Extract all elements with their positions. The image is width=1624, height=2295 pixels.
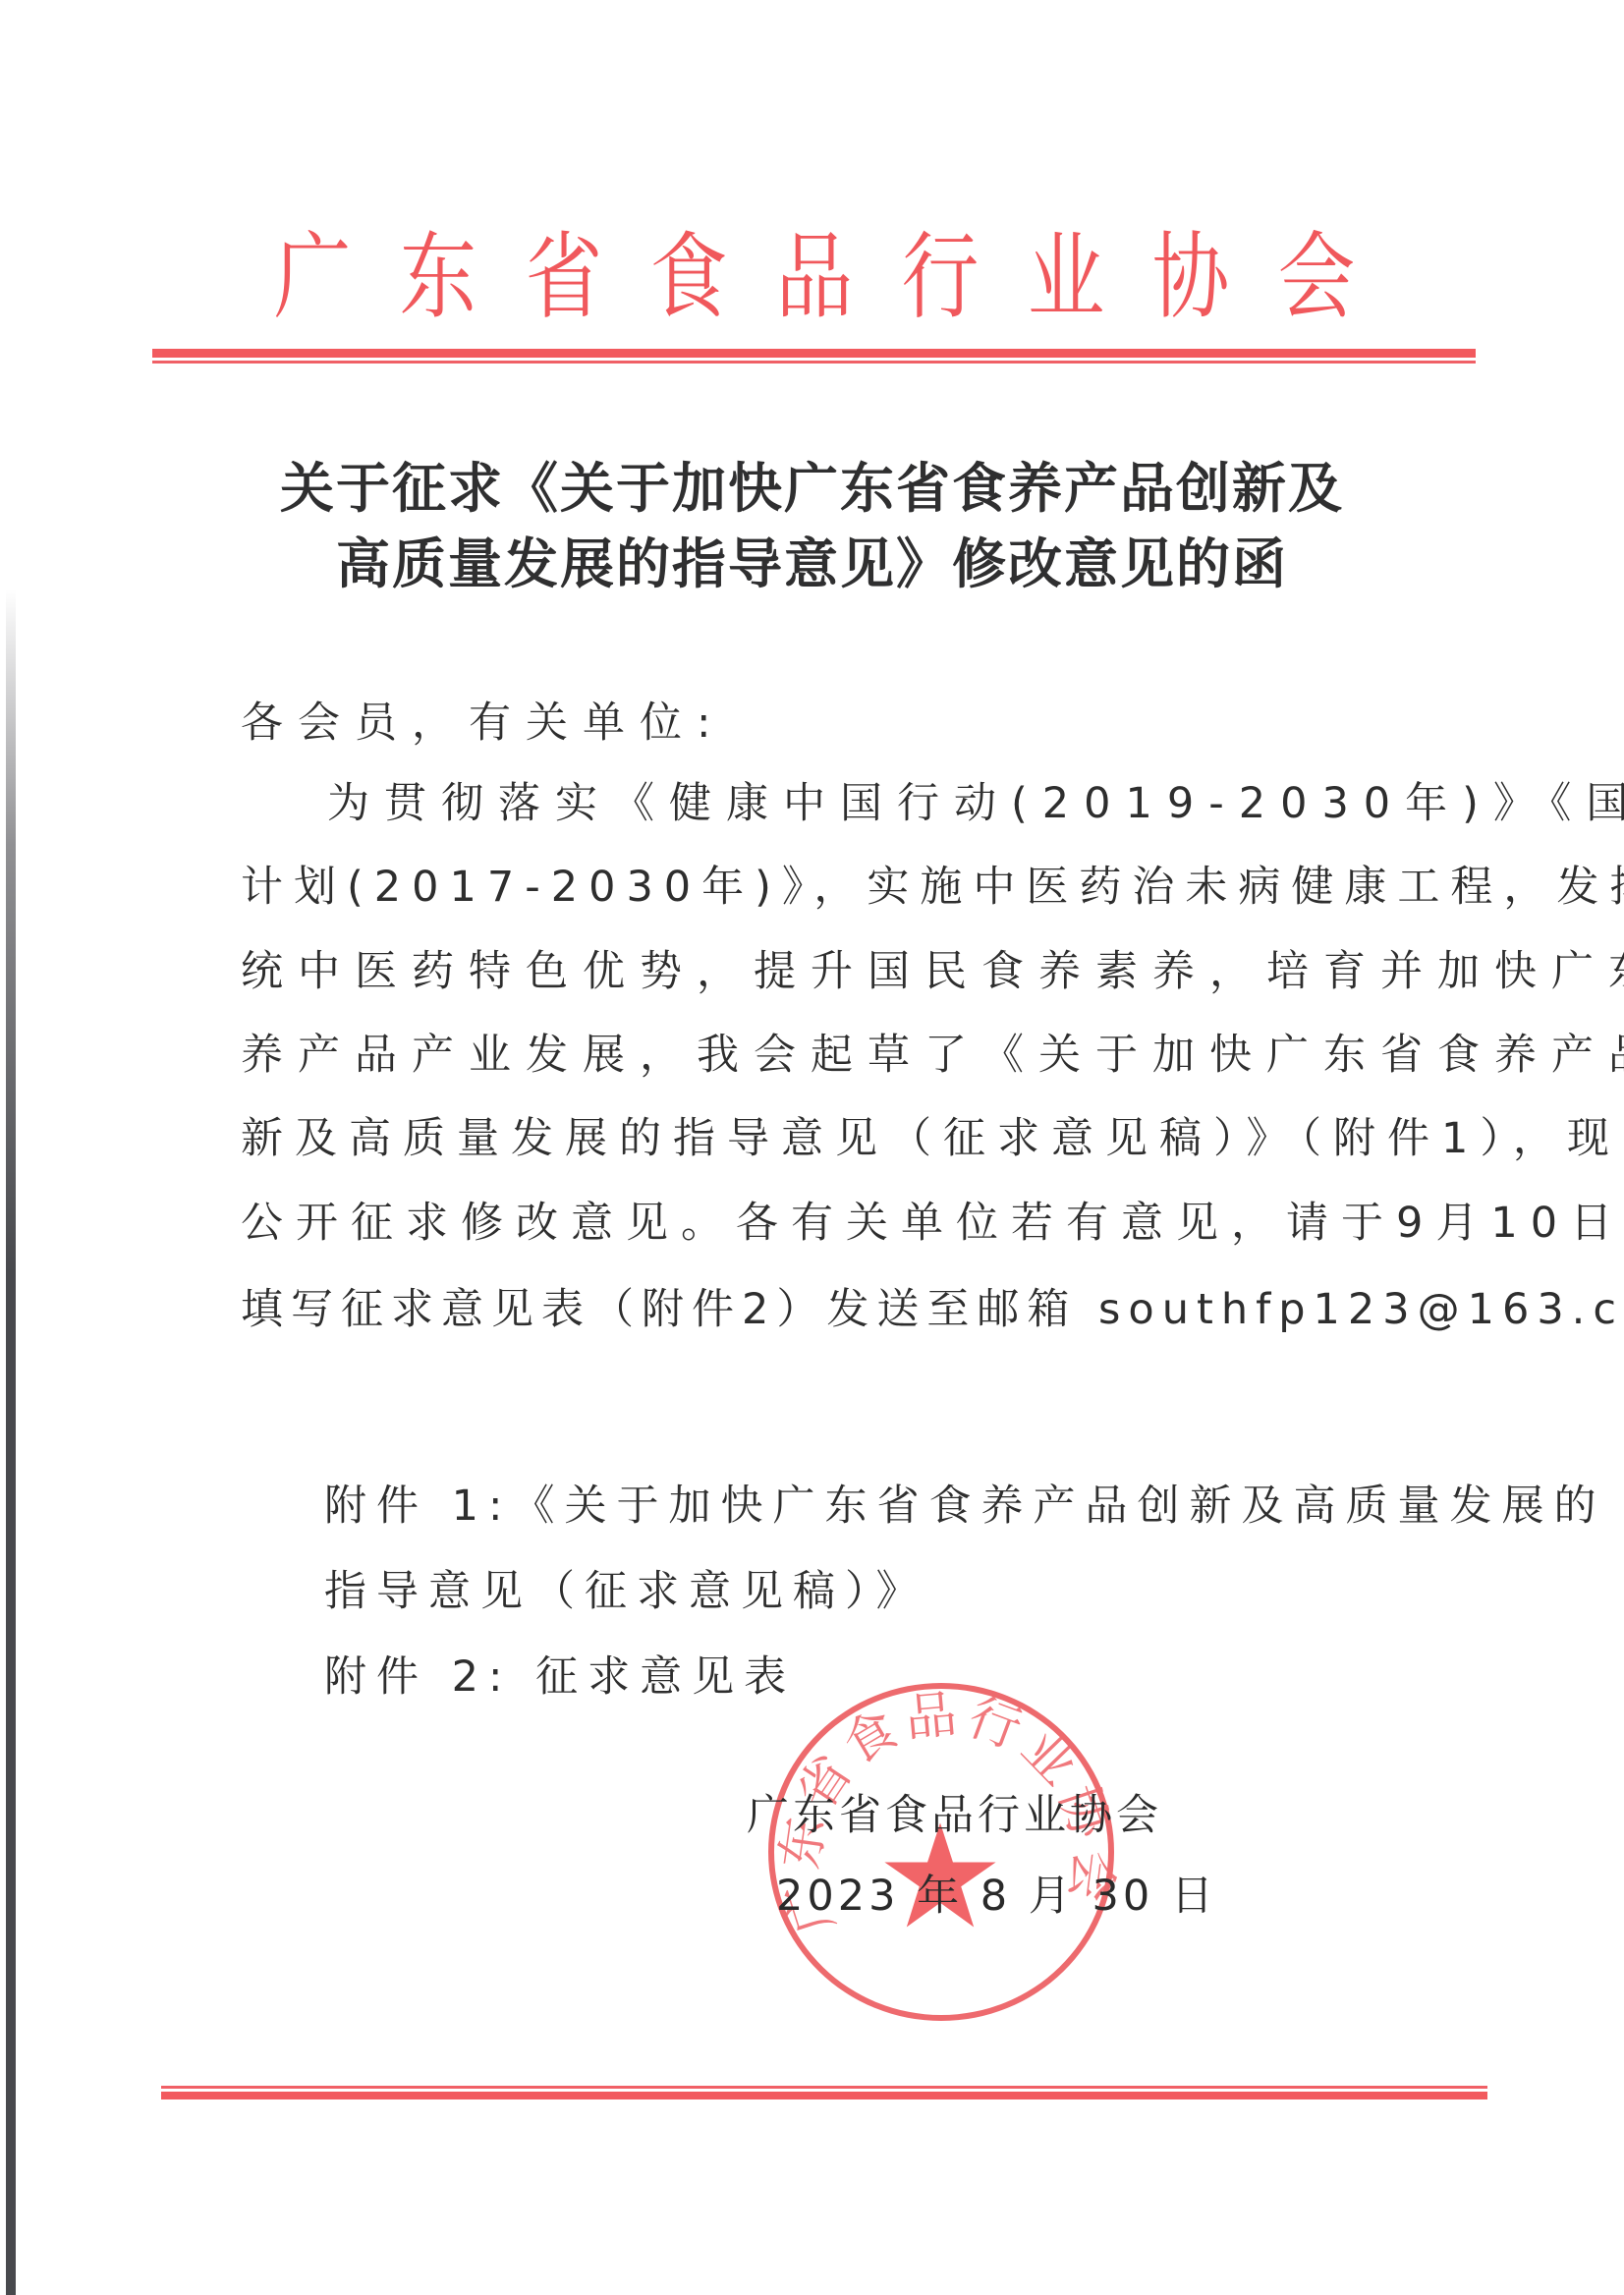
letterhead-char: 东 <box>399 218 476 336</box>
body-line: 新及高质量发展的指导意见（征求意见稿）》（附件1），现 <box>241 1109 1621 1168</box>
letterhead-char: 品 <box>776 218 854 336</box>
attachment-2: 附件 2: 征求意见表 <box>324 1648 796 1707</box>
body-line-email: 填写征求意见表（附件2）发送至邮箱 southfp123@163.com。 <box>241 1280 1624 1339</box>
body-line: 公开征求修改意见。各有关单位若有意见，请于9月10日前 <box>241 1194 1624 1253</box>
document-title-line-1: 关于征求《关于加快广东省食养产品创新及 <box>157 450 1467 526</box>
footer-rule-thick <box>161 2092 1487 2099</box>
signature-date: 2023 年 8 月 30 日 <box>776 1867 1217 1926</box>
letterhead-char: 行 <box>901 218 979 336</box>
body-line: 养产品产业发展，我会起草了《关于加快广东省食养产品创 <box>241 1026 1624 1085</box>
attachment-1-line-1: 附件 1:《关于加快广东省食养产品创新及高质量发展的 <box>324 1477 1606 1536</box>
body-line: 为贯彻落实《健康中国行动(2019-2030年)》《国民营养 <box>327 774 1624 833</box>
attachment-1-line-2: 指导意见（征求意见稿）》 <box>324 1562 928 1621</box>
letterhead-char: 业 <box>1027 218 1104 336</box>
letterhead-rule-thin <box>152 361 1476 364</box>
letterhead-char: 会 <box>1278 218 1356 336</box>
document-title-line-2: 高质量发展的指导意见》修改意见的函 <box>157 526 1467 601</box>
signature-organization: 广东省食品行业协会 <box>747 1786 1162 1845</box>
letterhead-rule-thick <box>152 349 1476 358</box>
letterhead-char: 省 <box>525 218 602 336</box>
document-title: 关于征求《关于加快广东省食养产品创新及 高质量发展的指导意见》修改意见的函 <box>157 450 1467 601</box>
body-line: 计划(2017-2030年)》，实施中医药治未病健康工程，发挥传 <box>241 858 1624 917</box>
letterhead-organization-name: 广 东 省 食 品 行 业 协 会 <box>147 218 1474 336</box>
letterhead-char: 食 <box>650 218 728 336</box>
scan-edge-shadow <box>6 589 16 2295</box>
letterhead-char: 广 <box>274 218 352 336</box>
body-line: 统中医药特色优势，提升国民食养素养，培育并加快广东食 <box>241 942 1624 1001</box>
footer-rule-thin <box>161 2086 1487 2089</box>
letterhead-char: 协 <box>1152 218 1230 336</box>
salutation: 各会员，有关单位: <box>241 694 726 753</box>
